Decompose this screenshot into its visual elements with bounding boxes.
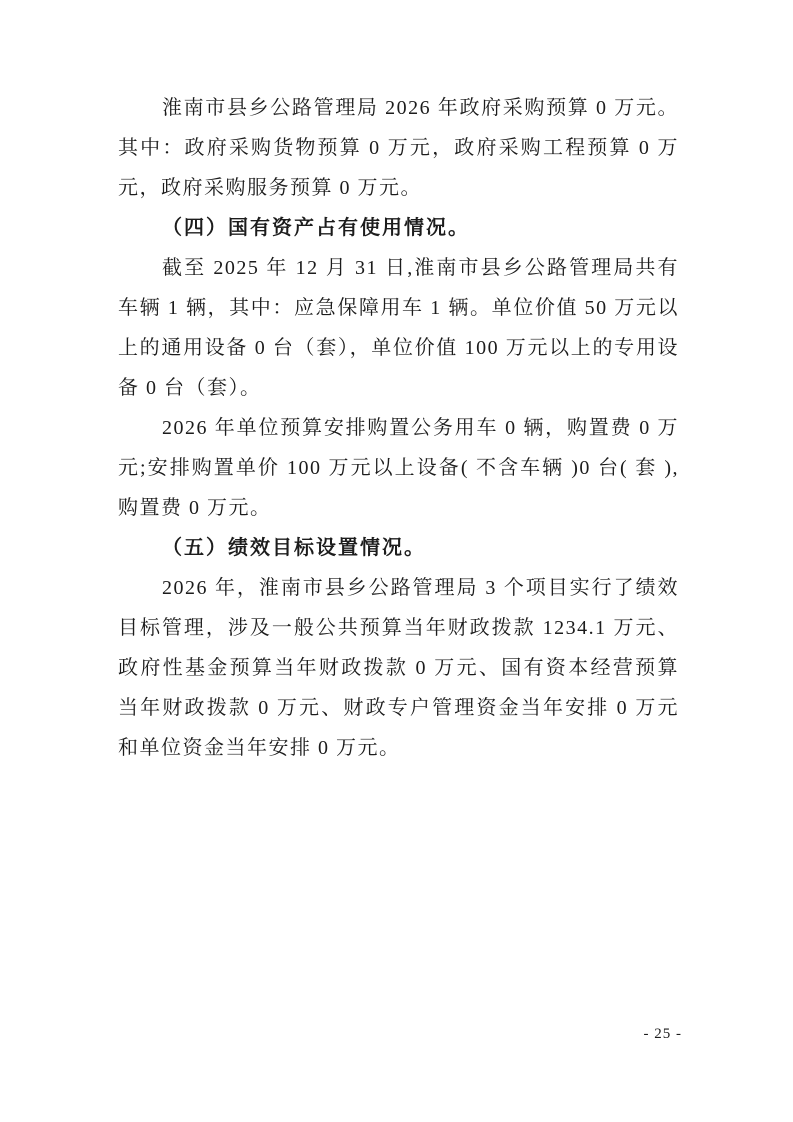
paragraph-asset-holdings: 截至 2025 年 12 月 31 日,淮南市县乡公路管理局共有车辆 1 辆，其… — [118, 248, 679, 408]
page-number: - 25 - — [0, 1026, 682, 1043]
document-body: 淮南市县乡公路管理局 2026 年政府采购预算 0 万元。其中：政府采购货物预算… — [118, 88, 679, 768]
document-page: 淮南市县乡公路管理局 2026 年政府采购预算 0 万元。其中：政府采购货物预算… — [0, 0, 793, 1122]
paragraph-performance-target-management: 2026 年，淮南市县乡公路管理局 3 个项目实行了绩效目标管理，涉及一般公共预… — [118, 568, 679, 768]
paragraph-vehicle-equipment-purchase: 2026 年单位预算安排购置公务用车 0 辆，购置费 0 万元;安排购置单价 1… — [118, 408, 679, 528]
section-heading-state-assets: （四）国有资产占有使用情况。 — [118, 208, 679, 248]
paragraph-procurement-budget: 淮南市县乡公路管理局 2026 年政府采购预算 0 万元。其中：政府采购货物预算… — [118, 88, 679, 208]
section-heading-performance-targets: （五）绩效目标设置情况。 — [118, 528, 679, 568]
